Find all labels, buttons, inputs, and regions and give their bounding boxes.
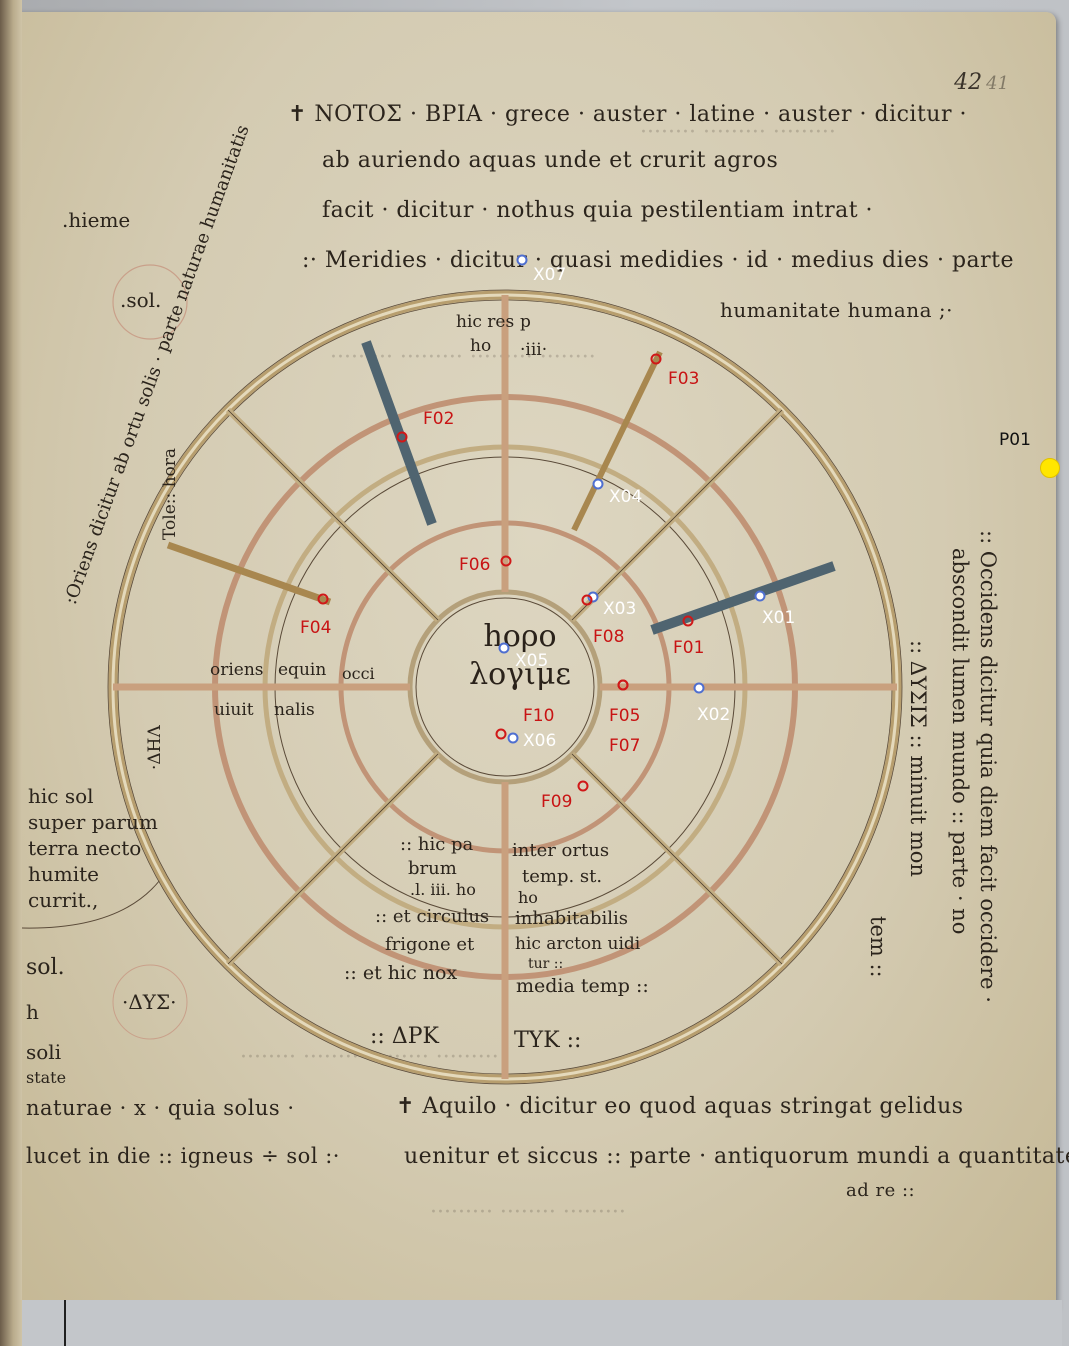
left-row-nalis: nalis xyxy=(274,700,315,720)
left-margin-bottom-2: h xyxy=(26,1000,39,1024)
keypoint-label-x03: X03 xyxy=(603,599,636,619)
bottom-label-circulus: :: et circulus xyxy=(375,906,489,927)
left-margin-bottom-4: state xyxy=(26,1068,66,1087)
left-row-oriens: oriens xyxy=(210,660,264,680)
bottom-label-ho: ho xyxy=(518,888,538,907)
keypoint-marker-f06 xyxy=(501,556,512,567)
keypoint-label-x07: X07 xyxy=(533,265,566,285)
blue-band-east xyxy=(652,566,834,630)
keypoint-label-f10: F10 xyxy=(523,706,554,726)
keypoint-label-f05: F05 xyxy=(609,706,640,726)
bottom-label-nox: :: et hic nox xyxy=(344,962,457,984)
left-margin-bottom-1: sol. xyxy=(26,955,65,980)
left-margin-mid-1: hic sol xyxy=(28,784,94,808)
south-label-4: ·iii· xyxy=(520,340,547,360)
left-margin-mid-4: humite xyxy=(28,862,99,886)
keypoint-marker-x05 xyxy=(499,643,510,654)
keypoint-marker-x07 xyxy=(517,255,528,266)
right-vertical-line-4: tem :: xyxy=(866,916,890,978)
keypoint-label-x06: X06 xyxy=(523,731,556,751)
keypoint-label-f02: F02 xyxy=(423,409,454,429)
bottom-label-inter-ortus: inter ortus xyxy=(512,840,609,861)
left-row-uiuit: uiuit xyxy=(214,700,254,720)
bottom-label-arc: :: ΔΡΚ xyxy=(370,1024,439,1049)
bottom-text-line-2: uenitur et siccus :: parte · antiquorum … xyxy=(404,1144,1069,1169)
left-margin-bottom-6: lucet in die :: igneus ÷ sol :· xyxy=(26,1144,340,1168)
right-vertical-line-1: :: Occidens dicitur quia diem facit occi… xyxy=(976,530,1000,1003)
left-segment-tole: Tole:: hora xyxy=(160,448,180,540)
keypoint-marker-x04 xyxy=(593,479,604,490)
sun-label-top: .sol. xyxy=(120,288,161,312)
bottom-label-iii-ho: .l. iii. ho xyxy=(410,880,476,899)
south-label-1: hic res xyxy=(456,312,514,332)
right-vertical-line-3: :: ΔΥΣΙΣ :: minuit mon xyxy=(906,640,930,877)
bottom-label-hic-pa: :: hic pa xyxy=(400,834,473,855)
south-label-3: p xyxy=(520,312,531,332)
keypoint-label-p01: P01 xyxy=(999,430,1031,450)
keypoint-label-f01: F01 xyxy=(673,638,704,658)
bottom-label-brum: brum xyxy=(408,858,457,879)
keypoint-marker-x02 xyxy=(694,683,705,694)
left-margin-mid-5: currit., xyxy=(28,888,98,912)
keypoint-marker-f03 xyxy=(651,354,662,365)
keypoint-marker-x01 xyxy=(755,591,766,602)
keypoint-marker-f04 xyxy=(318,594,329,605)
bottom-label-temp-st: temp. st. xyxy=(522,866,602,887)
bottom-label-tyk: ΤΥΚ :: xyxy=(514,1028,581,1053)
bottom-label-tur: tur :: xyxy=(528,956,563,972)
keypoint-label-f06: F06 xyxy=(459,555,490,575)
left-row-occi: occi xyxy=(342,664,375,683)
keypoint-marker-p01 xyxy=(1040,458,1060,478)
keypoint-marker-f09 xyxy=(578,781,589,792)
bottom-label-frigone: frigone et xyxy=(385,934,474,955)
right-vertical-line-2: abscondit lumen mundo :: parte · no xyxy=(948,548,972,934)
bottom-label-arcton: hic arcton uidi xyxy=(515,934,640,954)
left-margin-mid-3: terra necto xyxy=(28,836,141,860)
keypoint-marker-f01 xyxy=(683,616,694,627)
keypoint-marker-f02 xyxy=(397,432,408,443)
keypoint-marker-x06 xyxy=(508,733,519,744)
keypoint-label-f07: F07 xyxy=(609,736,640,756)
keypoint-label-f03: F03 xyxy=(668,369,699,389)
left-side-vertical: ·ΔΗΛ xyxy=(145,725,165,770)
left-margin-bottom-5: naturae · x · quia solus · xyxy=(26,1096,295,1120)
keypoint-label-f04: F04 xyxy=(300,618,331,638)
keypoint-label-f08: F08 xyxy=(593,627,624,647)
left-row-equin: equin xyxy=(278,660,326,680)
keypoint-label-x02: X02 xyxy=(697,705,730,725)
keypoint-marker-f08 xyxy=(582,595,593,606)
left-margin-bottom-3: soli xyxy=(26,1040,61,1064)
left-margin-mid-2: super parum xyxy=(28,810,158,834)
bottom-text-line-3: ad re :: xyxy=(846,1180,915,1201)
keypoint-label-x04: X04 xyxy=(609,487,642,507)
keypoint-marker-f07 xyxy=(618,680,629,691)
south-label-2: ho xyxy=(470,336,491,356)
keypoint-label-x05: X05 xyxy=(515,651,548,671)
bottom-label-inhabitabilis: inhabitabilis xyxy=(515,908,628,929)
keypoint-label-f09: F09 xyxy=(541,792,572,812)
bottom-label-media-temp: media temp :: xyxy=(516,975,649,997)
keypoint-marker-f10 xyxy=(496,729,507,740)
sun-label-bottom: ·ΔΥΣ· xyxy=(122,990,177,1014)
bottom-text-line-1: ✝ Aquilo · dicitur eo quod aquas stringa… xyxy=(396,1094,964,1119)
keypoint-label-x01: X01 xyxy=(762,608,795,628)
